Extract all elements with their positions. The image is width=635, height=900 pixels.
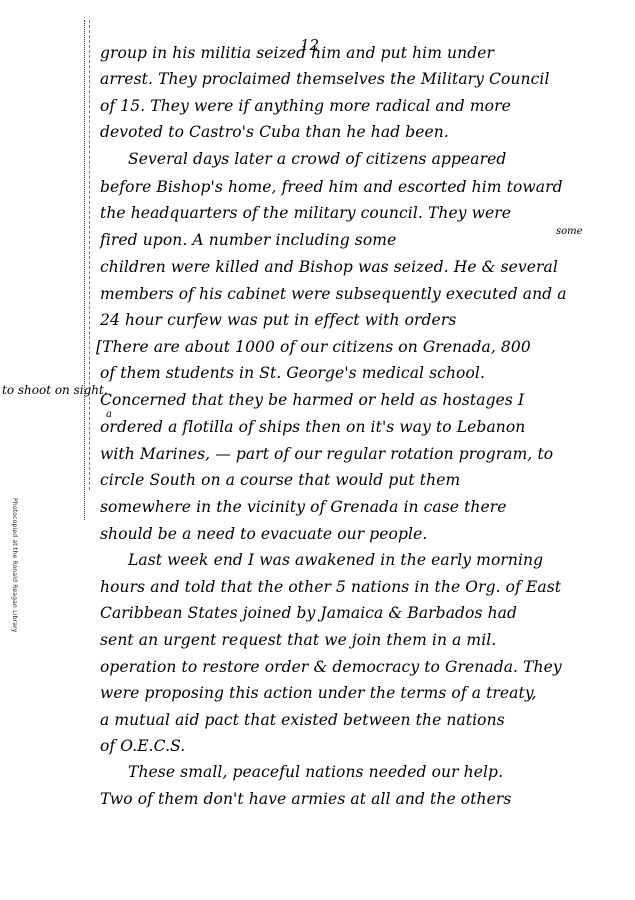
- text-line: arrest. They proclaimed themselves the M…: [100, 70, 550, 88]
- text-line: the headquarters of the military council…: [100, 204, 511, 222]
- left-margin-rule: [84, 20, 85, 520]
- insertion-some: some: [556, 226, 583, 237]
- text-line: of 15. They were if anything more radica…: [100, 97, 511, 115]
- text-line: sent an urgent request that we join them…: [100, 631, 496, 649]
- library-watermark: Photocopied at the Ronald Reagan Library: [6, 498, 18, 668]
- text-line: Concerned that they be harmed or held as…: [100, 391, 524, 409]
- text-line: of them students in St. George's medical…: [100, 364, 485, 382]
- text-line: of O.E.C.S.: [100, 737, 185, 755]
- text-line: were proposing this action under the ter…: [100, 684, 537, 702]
- text-line: children were killed and Bishop was seiz…: [100, 258, 558, 276]
- text-line: group in his militia seized him and put …: [100, 44, 494, 62]
- text-line: somewhere in the vicinity of Grenada in …: [100, 498, 507, 516]
- text-line: fired upon. A number including some: [100, 231, 396, 249]
- text-line: members of his cabinet were subsequently…: [100, 285, 567, 303]
- text-line: These small, peaceful nations needed our…: [128, 763, 503, 781]
- text-line: Several days later a crowd of citizens a…: [128, 150, 506, 168]
- text-line: devoted to Castro's Cuba than he had bee…: [100, 123, 449, 141]
- text-line: before Bishop's home, freed him and esco…: [100, 178, 563, 196]
- margin-note: to shoot on sight.: [2, 383, 108, 397]
- text-line: circle South on a course that would put …: [100, 471, 460, 489]
- text-line: should be a need to evacuate our people.: [100, 525, 427, 543]
- text-line: Two of them don't have armies at all and…: [100, 790, 511, 808]
- text-line: Caribbean States joined by Jamaica & Bar…: [100, 604, 517, 622]
- document-page: Photocopied at the Ronald Reagan Library…: [0, 0, 635, 900]
- text-line: ordered a flotilla of ships then on it's…: [100, 418, 525, 436]
- text-line: 24 hour curfew was put in effect with or…: [100, 311, 456, 329]
- text-line: Last week end I was awakened in the earl…: [128, 551, 543, 569]
- left-margin-rule-secondary: [89, 20, 90, 490]
- text-line: with Marines, — part of our regular rota…: [100, 445, 553, 463]
- text-line: [There are about 1000 of our citizens on…: [96, 338, 531, 356]
- text-line: operation to restore order & democracy t…: [100, 658, 562, 676]
- text-line: a mutual aid pact that existed between t…: [100, 711, 505, 729]
- text-line: hours and told that the other 5 nations …: [100, 578, 561, 596]
